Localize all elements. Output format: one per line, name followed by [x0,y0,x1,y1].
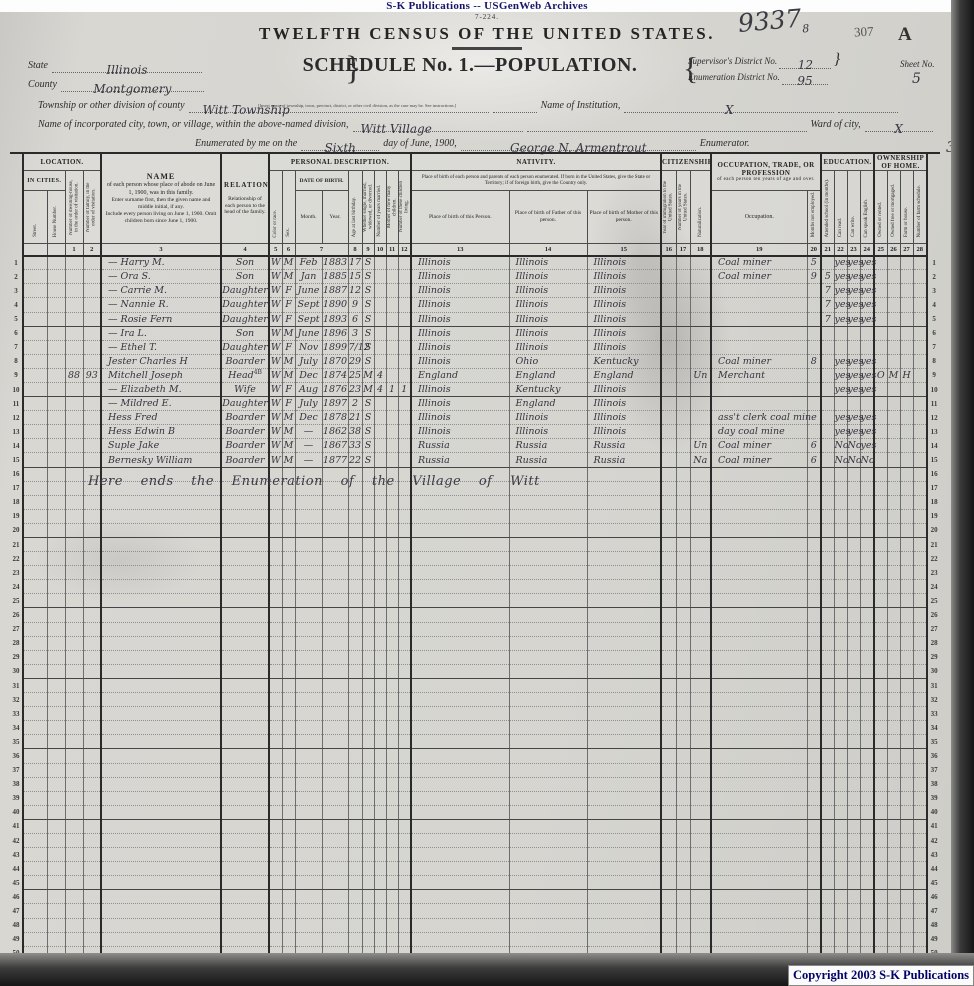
cell-relation: Daughter [221,397,269,411]
cell-pob-mother: Illinois [587,256,661,270]
cell-street [23,425,47,439]
cell-occupation: Coal miner [711,256,807,270]
cell-occupation [711,664,807,678]
cell-sex: F [282,312,295,326]
cell-farm-schedule [913,678,927,692]
cell-speak [860,481,874,495]
cell-occupation [711,495,807,509]
cell-year: 1874 [322,368,348,382]
cell-pob-father [509,509,587,523]
cell-pob [411,777,509,791]
cell-month [295,918,322,932]
cell-dwelling [65,848,83,862]
cell-speak [860,777,874,791]
cell-years-us [676,580,690,594]
cell-mortgage [887,467,900,481]
cell-color [269,848,282,862]
cell-naturalization [690,707,711,721]
cell-speak [860,805,874,819]
line-number-left: 37 [10,763,23,777]
cell-color: W [269,368,282,382]
cell-month: Feb [295,256,322,270]
cell-occupation [711,382,807,396]
cell-owned [874,876,887,890]
line-number-left: 25 [10,594,23,608]
cell-years-married [374,298,386,312]
cell-family [83,693,101,707]
cell-name [101,932,221,946]
cell-write: yes [847,298,860,312]
col-num-years-married: 10 [374,244,386,256]
cell-family [83,284,101,298]
cell-write: yes [847,368,860,382]
cell-pob-mother [587,932,661,946]
cell-mother-of [386,439,398,453]
cell-house [47,664,65,678]
cell-relation [221,707,269,721]
cell-children-living [398,552,411,566]
district-block: Supervisor's District No. 12 } Enumerati… [688,52,840,85]
line-number-right: 13 [927,425,940,439]
cell-year [322,862,348,876]
cell-years-us [676,735,690,749]
cell-occupation: ass't clerk coal mine [711,411,807,425]
col-num-occupation: 19 [711,244,807,256]
cell-immigration [661,932,676,946]
cell-house [47,453,65,467]
cell-dwelling [65,439,83,453]
cell-street [23,552,47,566]
cell-months-not-employed [807,566,821,580]
cell-age [348,664,362,678]
line-number-right: 19 [927,509,940,523]
cell-sex [282,848,295,862]
cell-relation [221,819,269,833]
cell-immigration [661,270,676,284]
cell-marital [362,495,374,509]
cell-marital [362,862,374,876]
cell-farm-house [900,453,913,467]
cell-street [23,495,47,509]
cell-naturalization [690,693,711,707]
cell-write [847,876,860,890]
cell-pob: Russia [411,453,509,467]
cell-write [847,636,860,650]
cell-naturalization [690,326,711,340]
cell-children-living [398,819,411,833]
cell-immigration [661,312,676,326]
cell-name [101,552,221,566]
cell-read [834,819,847,833]
cell-mortgage [887,509,900,523]
cell-speak: yes [860,256,874,270]
cell-color [269,622,282,636]
cell-years-married [374,890,386,904]
cell-dwelling [65,552,83,566]
cell-immigration [661,707,676,721]
col-num-children-living: 12 [398,244,411,256]
cell-write [847,707,860,721]
cell-color: W [269,397,282,411]
cell-owned [874,735,887,749]
cell-year [322,636,348,650]
cell-farm-schedule [913,608,927,622]
line-number-right: 44 [927,862,940,876]
cell-dwelling [65,890,83,904]
cell-pob-father [509,707,587,721]
cell-pob-mother [587,848,661,862]
cell-years-married [374,354,386,368]
cell-years-married [374,678,386,692]
cell-sex [282,509,295,523]
cell-house [47,256,65,270]
cell-occupation [711,918,807,932]
cell-marital [362,876,374,890]
cell-house [47,298,65,312]
cell-farm-house [900,678,913,692]
cell-naturalization [690,256,711,270]
cell-school [821,608,834,622]
cell-year [322,608,348,622]
col-group-relation: RELATION. Relationship of each person to… [221,153,269,244]
cell-speak [860,594,874,608]
cell-family [83,721,101,735]
cell-occupation [711,805,807,819]
cell-immigration [661,580,676,594]
col-head-house-number: House Number. [47,191,65,244]
cell-age: 9 [348,298,362,312]
cell-months-not-employed [807,326,821,340]
cell-family [83,354,101,368]
cell-owned [874,763,887,777]
cell-family [83,552,101,566]
cell-family [83,397,101,411]
cell-color [269,552,282,566]
cell-farm-house [900,707,913,721]
col-head-sex: Sex. [282,171,295,244]
cell-sex: M [282,270,295,284]
line-number-left: 43 [10,848,23,862]
cell-pob-mother: Illinois [587,326,661,340]
cell-read [834,890,847,904]
col-num-relation: 4 [221,244,269,256]
cell-color [269,833,282,847]
cell-sex [282,594,295,608]
cell-house [47,411,65,425]
cell-occupation [711,481,807,495]
cell-owned [874,397,887,411]
cell-school [821,735,834,749]
cell-sex: M [282,326,295,340]
cell-years-us [676,763,690,777]
cell-mother-of [386,805,398,819]
cell-children-living [398,721,411,735]
cell-mother-of [386,819,398,833]
cell-read [834,848,847,862]
cell-children-living [398,453,411,467]
cell-street [23,707,47,721]
cell-street [23,467,47,481]
line-number-right: 5 [927,312,940,326]
cell-children-living [398,735,411,749]
cell-pob-father [509,791,587,805]
cell-mother-of [386,368,398,382]
cell-month [295,890,322,904]
cell-farm-house [900,918,913,932]
cell-write [847,932,860,946]
cell-mother-of [386,664,398,678]
cell-months-not-employed [807,918,821,932]
col-head-street: Street. [23,191,47,244]
cell-farm-house [900,636,913,650]
cell-write [847,904,860,918]
cell-farm-house [900,805,913,819]
cell-children-living [398,848,411,862]
line-number-right: 10 [927,382,940,396]
cell-months-not-employed [807,904,821,918]
col-head-can-write: Can write. [847,171,860,244]
cell-years-us [676,904,690,918]
cell-speak: yes [860,439,874,453]
cell-marital: S [362,284,374,298]
cell-marital [362,552,374,566]
cell-read [834,735,847,749]
cell-occupation: day coal mine [711,425,807,439]
cell-farm-house [900,340,913,354]
cell-read [834,678,847,692]
cell-years-us [676,791,690,805]
cell-sex [282,876,295,890]
cell-pob-father [509,721,587,735]
cell-speak [860,608,874,622]
cell-years-married: 4 [374,382,386,396]
cell-pob [411,904,509,918]
cell-street [23,904,47,918]
cell-street [23,580,47,594]
cell-months-not-employed [807,481,821,495]
cell-month [295,833,322,847]
cell-street [23,932,47,946]
cell-pob-mother [587,805,661,819]
cell-occupation [711,862,807,876]
col-head-marital: Whether single, married, widowed, or div… [362,171,374,244]
cell-pob-mother: Russia [587,453,661,467]
cell-pob-father [509,552,587,566]
cell-farm-house [900,425,913,439]
cell-month: — [295,439,322,453]
cell-school [821,650,834,664]
cell-pob [411,622,509,636]
cell-school [821,904,834,918]
cell-dwelling [65,538,83,552]
cell-speak [860,340,874,354]
cell-school [821,636,834,650]
cell-age [348,791,362,805]
cell-house [47,819,65,833]
cell-relation: Daughter [221,284,269,298]
cell-years-us [676,608,690,622]
cell-street [23,298,47,312]
cell-immigration [661,650,676,664]
cell-write [847,594,860,608]
cell-age: 17 [348,256,362,270]
cell-name [101,749,221,763]
cell-name [101,678,221,692]
cell-pob-father [509,636,587,650]
cell-read [834,481,847,495]
cell-street [23,326,47,340]
cell-write: yes [847,382,860,396]
cell-family [83,425,101,439]
cell-sex: M [282,354,295,368]
cell-months-not-employed [807,298,821,312]
cell-month: June [295,284,322,298]
cell-dwelling [65,608,83,622]
cell-house [47,791,65,805]
cell-speak: yes [860,382,874,396]
cell-write [847,791,860,805]
cell-mortgage [887,270,900,284]
cell-speak [860,495,874,509]
cell-street [23,650,47,664]
cell-speak [860,791,874,805]
col-num-name: 3 [101,244,221,256]
cell-farm-schedule [913,326,927,340]
cell-farm-house [900,552,913,566]
cell-dwelling [65,523,83,537]
cell-dwelling [65,707,83,721]
cell-age [348,833,362,847]
cell-pob [411,608,509,622]
cell-relation [221,509,269,523]
cell-years-married [374,848,386,862]
cell-mother-of [386,256,398,270]
cell-pob-father [509,890,587,904]
cell-immigration [661,326,676,340]
cell-immigration [661,622,676,636]
cell-marital: S [362,354,374,368]
col-num-immigration: 16 [661,244,676,256]
cell-relation: Boarder [221,439,269,453]
cell-mortgage [887,932,900,946]
cell-children-living [398,354,411,368]
cell-family [83,622,101,636]
cell-naturalization [690,594,711,608]
cell-color [269,495,282,509]
cell-family [83,777,101,791]
cell-owned [874,453,887,467]
cell-children-living [398,622,411,636]
cell-naturalization [690,664,711,678]
cell-month: Nov [295,340,322,354]
cell-speak [860,721,874,735]
cell-years-married [374,819,386,833]
enumerated-field: Enumerated by me on the Sixth day of Jun… [195,133,750,151]
line-number-right: 37 [927,763,940,777]
cell-color [269,707,282,721]
cell-sex [282,721,295,735]
cell-street [23,608,47,622]
cell-marital: S [362,298,374,312]
cell-year: 1878 [322,411,348,425]
col-head-years-in-us: Number of years in the United States. [676,171,690,244]
cell-house [47,749,65,763]
cell-speak [860,707,874,721]
cell-relation: Son [221,256,269,270]
census-title: TWELFTH CENSUS OF THE UNITED STATES. [0,24,974,44]
cell-months-not-employed [807,368,821,382]
cell-relation [221,693,269,707]
cell-name [101,791,221,805]
line-number-left: 8 [10,354,23,368]
cell-pob-mother [587,566,661,580]
cell-months-not-employed [807,467,821,481]
cell-marital [362,833,374,847]
cell-school [821,453,834,467]
cell-write [847,650,860,664]
cell-speak [860,763,874,777]
cell-mortgage [887,608,900,622]
cell-mother-of [386,284,398,298]
handwritten-stamp-number: 93378 [737,3,810,41]
cell-family [83,439,101,453]
col-head-can-speak-english: Can speak English. [860,171,874,244]
cell-months-not-employed [807,312,821,326]
cell-year [322,523,348,537]
cell-years-us [676,354,690,368]
cell-farm-house [900,284,913,298]
cell-school [821,523,834,537]
cell-dwelling [65,495,83,509]
state-field: State Illinois [28,55,202,73]
line-number-left: 31 [10,678,23,692]
cell-family [83,382,101,396]
line-number-right: 34 [927,721,940,735]
line-number-left: 36 [10,749,23,763]
line-number-right: 7 [927,340,940,354]
cell-mortgage [887,735,900,749]
cell-pob-mother [587,608,661,622]
cell-farm-house [900,467,913,481]
line-number-right: 24 [927,580,940,594]
line-number-left: 18 [10,495,23,509]
cell-year: 1867 [322,439,348,453]
cell-school [821,340,834,354]
cell-pob-mother [587,749,661,763]
cell-farm-house [900,791,913,805]
cell-pob [411,552,509,566]
line-number-left: 30 [10,664,23,678]
cell-farm-house [900,650,913,664]
cell-pob-father [509,763,587,777]
cell-months-not-employed [807,678,821,692]
cell-color [269,721,282,735]
cell-farm-house [900,735,913,749]
cell-age [348,566,362,580]
cell-pob-father [509,876,587,890]
cell-farm-house [900,270,913,284]
cell-immigration [661,552,676,566]
cell-pob [411,862,509,876]
cell-farm-house [900,382,913,396]
cell-color: W [269,298,282,312]
cell-school [821,749,834,763]
cell-mortgage [887,791,900,805]
cell-pob-father [509,594,587,608]
cell-pob-mother: Illinois [587,340,661,354]
cell-relation: Boarder [221,453,269,467]
cell-children-living [398,932,411,946]
